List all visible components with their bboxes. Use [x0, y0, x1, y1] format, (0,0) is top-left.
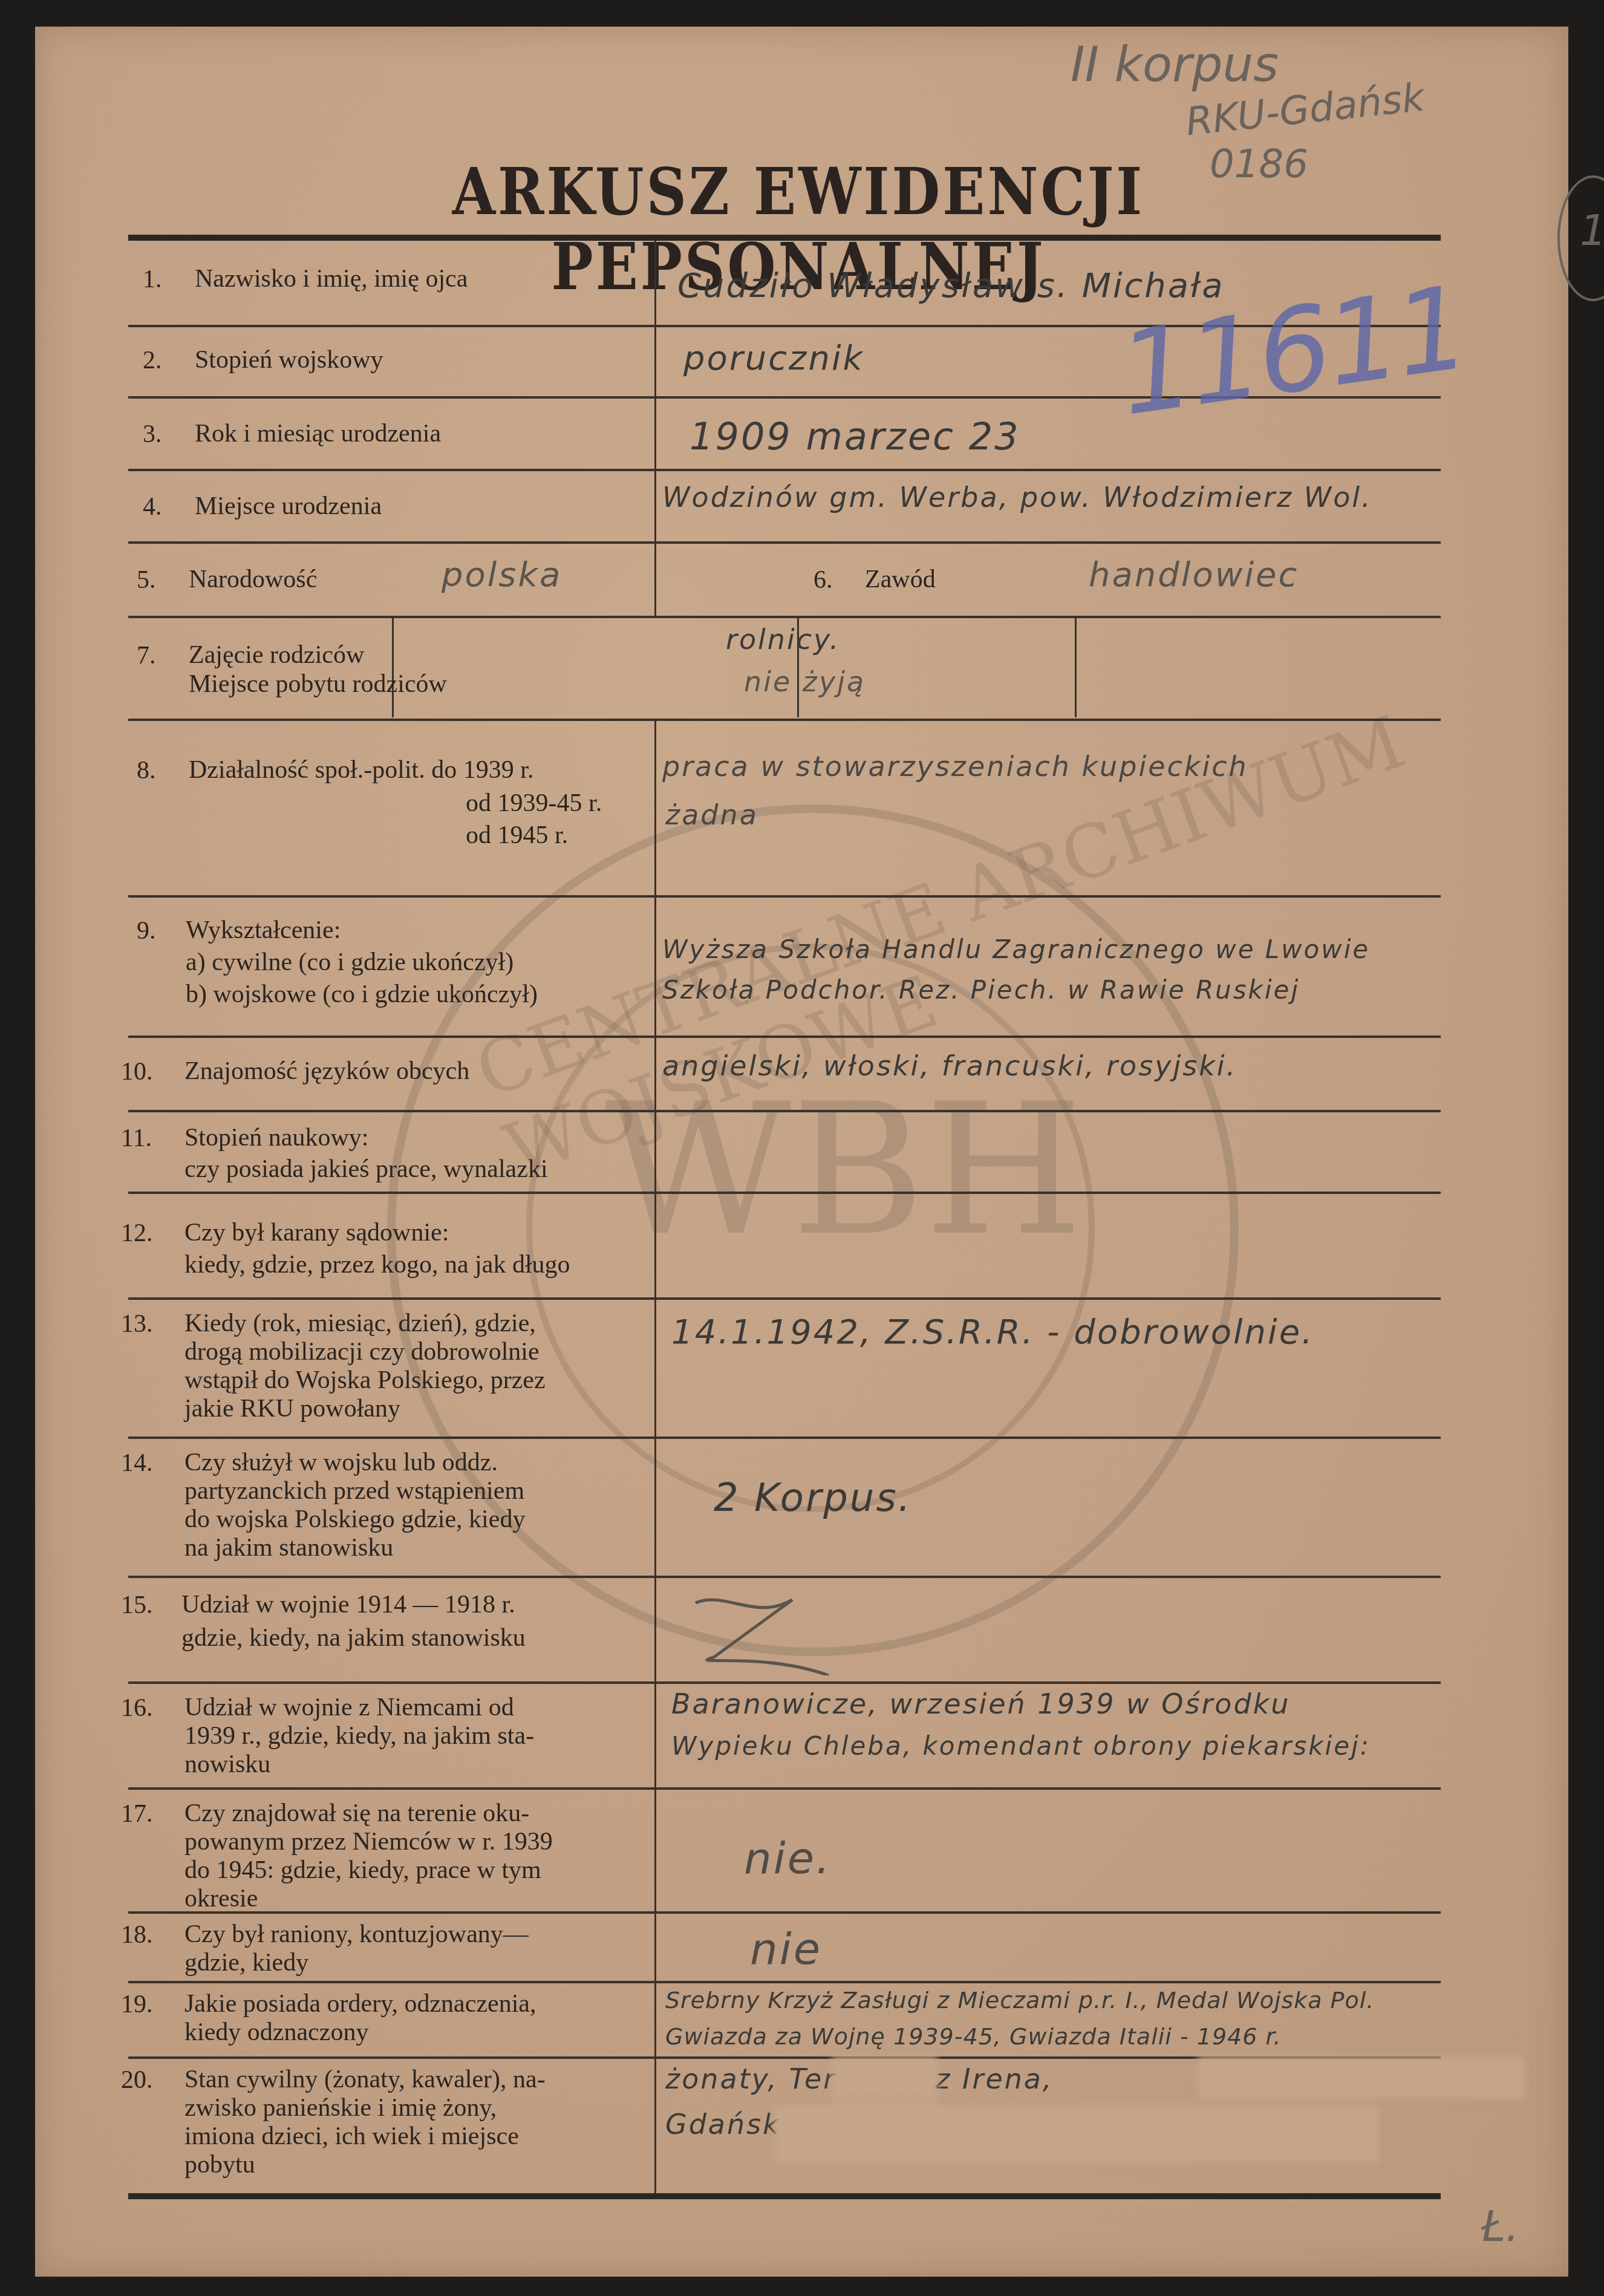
dash-mark-ww1	[671, 1585, 853, 1675]
field-number: 14.	[121, 1449, 153, 1478]
field-label-convicted-details: kiedy, gdzie, przez kogo, na jak długo	[184, 1251, 570, 1279]
field-label-languages: Znajomość języków obcych	[184, 1057, 469, 1085]
field-value-activity: praca w stowarzyszeniach kupieckich	[662, 750, 1248, 783]
field-value-rank: porucznik	[683, 339, 864, 378]
field-value-decorations-2: Gwiazda za Wojnę 1939-45, Gwiazda Italii…	[665, 2023, 1282, 2050]
field-label-occupied-4: okresie	[184, 1885, 258, 1913]
field-label-ww2: Udział w wojnie z Niemcami od	[184, 1694, 514, 1721]
field-value-enlistment: 14.1.1942, Z.S.R.R. - dobrowolnie.	[671, 1313, 1314, 1352]
field-label-nationality: Narodowość	[189, 566, 317, 593]
initial-mark: Ł.	[1482, 2202, 1519, 2251]
field-label-academic-degree: Stopień naukowy:	[184, 1124, 368, 1152]
field-number: 12.	[121, 1219, 153, 1248]
field-number: 11.	[121, 1124, 152, 1153]
field-label-ww1: Udział w wojnie 1914 — 1918 r.	[181, 1591, 515, 1619]
field-label-marital-3: imiona dzieci, ich wiek i miejsce	[184, 2122, 519, 2150]
row5-divider	[392, 618, 394, 717]
field-label-activity: Działalność społ.-polit. do 1939 r.	[189, 756, 533, 784]
field-number: 8.	[137, 756, 156, 785]
column-divider-main	[654, 720, 656, 2196]
field-label-profession: Zawód	[865, 566, 936, 593]
field-number: 2.	[143, 346, 162, 375]
row-line	[128, 1437, 1441, 1439]
field-value-education-military: Szkoła Podchor. Rez. Piech. w Rawie Rusk…	[662, 975, 1300, 1005]
field-label-prior-service-4: na jakim stanowisku	[184, 1534, 393, 1562]
field-number: 4.	[143, 492, 162, 521]
field-label-marital: Stan cywilny (żonaty, kawaler), na-	[184, 2066, 546, 2093]
field-number: 7.	[137, 641, 156, 670]
field-label-ww1-2: gdzie, kiedy, na jakim stanowisku	[181, 1624, 526, 1652]
field-value-ww2-2: Wypieku Chleba, komendant obrony piekars…	[671, 1731, 1371, 1761]
redaction-block	[774, 2105, 1379, 2162]
row-line	[128, 469, 1441, 471]
field-label-prior-service-3: do wojska Polskiego gdzie, kiedy	[184, 1505, 525, 1533]
field-number: 16.	[121, 1694, 153, 1723]
field-label-ww2-3: nowisku	[184, 1750, 270, 1778]
row-line	[128, 1576, 1441, 1578]
field-label-occupied-2: powanym przez Niemców w r. 1939	[184, 1828, 553, 1856]
row-line	[128, 541, 1441, 544]
field-label-enlistment-3: wstąpił do Wojska Polskiego, przez	[184, 1366, 546, 1394]
field-number: 3.	[143, 420, 162, 449]
field-number: 10.	[121, 1057, 153, 1086]
field-label-occupied: Czy znajdował się na terenie oku-	[184, 1799, 529, 1827]
field-label-enlistment: Kiedy (rok, miesiąc, dzień), gdzie,	[184, 1309, 536, 1337]
row-line	[128, 719, 1441, 721]
row-line	[128, 1110, 1441, 1112]
redaction-block	[832, 2056, 937, 2099]
field-label-wounded: Czy był raniony, kontuzjowany—	[184, 1920, 529, 1948]
field-label-education-military: b) wojskowe (co i gdzie ukończył)	[186, 980, 538, 1008]
field-value-profession: handlowiec	[1089, 555, 1299, 595]
field-label-education: Wykształcenie:	[186, 916, 341, 944]
field-value-decorations: Srebrny Krzyż Zasługi z Mieczami p.r. I.…	[665, 1987, 1374, 2014]
field-number: 19.	[121, 1990, 153, 2019]
field-label-parents-occupation: Zajęcie rodziców	[189, 641, 364, 669]
field-value-parents-occupation: rolnicy.	[726, 623, 840, 656]
field-label-works: czy posiada jakieś prace, wynalazki	[184, 1155, 548, 1183]
redaction-block	[1198, 2056, 1524, 2099]
field-value-education-civil: Wyższa Szkoła Handlu Zagranicznego we Lw…	[662, 934, 1370, 964]
field-number: 20.	[121, 2066, 153, 2095]
row-line	[128, 1681, 1441, 1684]
field-value-occupied: nie.	[744, 1833, 832, 1883]
field-number: 18.	[121, 1920, 153, 1949]
field-value-languages: angielski, włoski, francuski, rosyjski.	[662, 1049, 1237, 1082]
field-number: 1.	[143, 265, 162, 294]
field-label-parents-residence: Miejsce pobytu rodziców	[189, 670, 447, 698]
row6-divider	[1075, 618, 1077, 717]
field-label-marital-4: pobytu	[184, 2151, 255, 2179]
row-line	[128, 1192, 1441, 1194]
field-label-enlistment-4: jakie RKU powołany	[184, 1395, 400, 1423]
annotation-corps: II korpus	[1071, 36, 1279, 93]
field-value-activity-1939-45: żadna	[665, 798, 758, 831]
field-label-occupied-3: do 1945: gdzie, kiedy, prace w tym	[184, 1856, 541, 1884]
field-number: 13.	[121, 1309, 153, 1339]
field-label-activity-1945: od 1945 r.	[466, 821, 568, 849]
field-value-birthdate: 1909 marzec 23	[690, 414, 1020, 458]
field-label-rank: Stopień wojskowy	[195, 346, 383, 374]
field-value-ww2: Baranowicze, wrzesień 1939 w Ośrodku	[671, 1688, 1291, 1720]
field-label-education-civil: a) cywilne (co i gdzie ukończył)	[186, 948, 513, 976]
field-label-prior-service: Czy służył w wojsku lub oddz.	[184, 1449, 498, 1476]
field-number: 5.	[137, 566, 156, 595]
row-line	[128, 1787, 1441, 1790]
field-label-birthplace: Miejsce urodzenia	[195, 492, 382, 520]
circled-page-number-text: 1	[1580, 206, 1604, 255]
field-label-name: Nazwisko i imię, imię ojca	[195, 265, 468, 293]
row-line	[128, 1911, 1441, 1914]
field-label-enlistment-2: drogą mobilizacji czy dobrowolnie	[184, 1338, 540, 1366]
field-number: 17.	[121, 1799, 153, 1828]
field-value-prior-service: 2 Korpus.	[714, 1476, 912, 1521]
field-label-decorations-2: kiedy odznaczony	[184, 2018, 368, 2046]
field-value-name: Cudziło Władysław s. Michała	[677, 266, 1225, 305]
row-line	[128, 1981, 1441, 1983]
field-label-ww2-2: 1939 r., gdzie, kiedy, na jakim sta-	[184, 1722, 534, 1750]
field-number: 9.	[137, 916, 156, 945]
row-line	[128, 616, 1441, 618]
row-line	[128, 1035, 1441, 1038]
field-label-prior-service-2: partyzanckich przed wstąpieniem	[184, 1477, 524, 1505]
field-label-decorations: Jakie posiada ordery, odznaczenia,	[184, 1990, 536, 2018]
field-label-marital-2: zwisko panieńskie i imię żony,	[184, 2094, 497, 2122]
field-number: 6.	[813, 566, 833, 595]
field-label-wounded-2: gdzie, kiedy	[184, 1949, 308, 1977]
field-label-activity-1939-45: od 1939-45 r.	[466, 789, 602, 817]
row-line	[128, 1297, 1441, 1300]
field-label-convicted: Czy był karany sądownie:	[184, 1219, 449, 1247]
field-label-birthdate: Rok i miesiąc urodzenia	[195, 420, 441, 448]
row-line	[128, 895, 1441, 898]
field-value-parents-residence: nie żyją	[744, 665, 866, 698]
field-value-nationality: polska	[442, 555, 562, 595]
field-number: 15.	[121, 1591, 153, 1620]
bottom-rule	[128, 2193, 1441, 2199]
field-value-wounded: nie	[750, 1923, 822, 1974]
title-underline	[128, 235, 1441, 241]
field-value-birthplace: Wodzinów gm. Werba, pow. Włodzimierz Wol…	[662, 481, 1372, 514]
column-divider-top	[654, 241, 656, 616]
